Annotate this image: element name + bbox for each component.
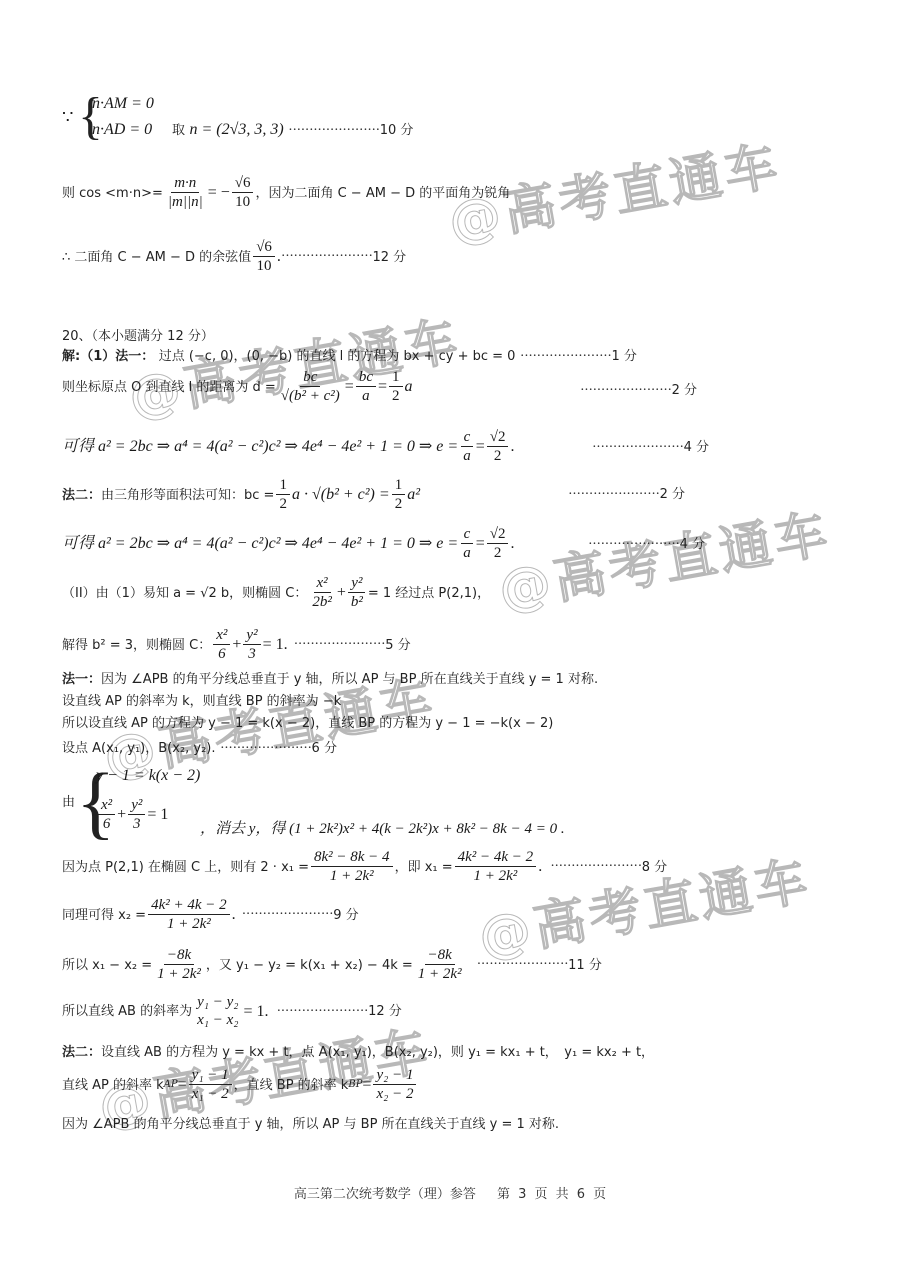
q20-system-eq1: y − 1 = k(x − 2)	[96, 768, 200, 784]
score-10: 10 分	[380, 123, 414, 138]
score-12: 12 分	[373, 251, 407, 264]
q20-system-prefix: 由	[62, 796, 75, 809]
q20-p-on-c: 因为点 P(2,1) 在椭圆 C 上，则有 2 · x₁ = 8k² − 8k …	[62, 850, 667, 884]
score-2b: ······················2 分	[568, 487, 685, 502]
q20-method1: 解:（1）法一： 过点 (−c, 0)，(0, −b) 的直线 l 的方程为 b…	[62, 349, 637, 364]
q20-x2: 同理可得 x₂ = 4k² + 4k − 21 + 2k² . ········…	[62, 898, 359, 932]
q20-solve-ellipse: 解得 b² = 3，则椭圆 C： x²6 + y²3 = 1. ········…	[62, 628, 411, 662]
q20-header: 20、（本小题满分 12 分）	[62, 330, 214, 343]
q20-m2-line3: 因为 ∠APB 的角平分线总垂直于 y 轴，所以 AP 与 BP 所在直线关于直…	[62, 1118, 559, 1131]
score-2a: ······················2 分	[580, 383, 697, 398]
q20-m2-line1: 法二：设直线 AB 的方程为 y = kx + t，点 A(x₁, y₁)，B(…	[62, 1045, 654, 1059]
q20-m1-line1: 法一：因为 ∠APB 的角平分线总垂直于 y 轴，所以 AP 与 BP 所在直线…	[62, 672, 598, 686]
q20-distance: 则坐标原点 O 到直线 l 的距离为 d = bc√(b² + c²) = bc…	[62, 370, 413, 404]
score-4a: ······················4 分	[592, 440, 709, 455]
q20-m1-line4: 设点 A(x₁, y₁)，B(x₂, y₂). ················…	[62, 741, 337, 756]
q19-cos-line: 则 cos <m·n>= m·n|m||n| = − √610 ，因为二面角 C…	[62, 176, 510, 210]
q20-method2: 法二： 由三角形等面积法可知：bc = 12 a · √(b² + c²) = …	[62, 478, 420, 512]
q19-take-n: 取 n = (2√3, 3, 3) ······················…	[172, 122, 413, 138]
because-symbol: ∵	[62, 108, 73, 126]
q20-slope: 所以直线 AB 的斜率为 y₁ − y₂x₁ − x₂ = 1. ·······…	[62, 995, 402, 1028]
q20-system-eq2: x²6 + y²3 = 1	[96, 798, 168, 832]
q20-system-result: ，消去 y，得 (1 + 2k²)x² + 4(k − 2k²)x + 8k² …	[200, 822, 565, 837]
score-4b: ······················4 分	[588, 537, 705, 552]
q20-m1-line3: 所以设直线 AP 的方程为 y − 1 = k(x − 2)，直线 BP 的方程…	[62, 717, 553, 730]
q20-part2-intro: （II）由（1）易知 a = √2 b，则椭圆 C： x²2b² + y²b² …	[62, 576, 490, 610]
q19-system-eq1: n·AM = 0	[92, 96, 154, 112]
watermark: @高考直通车	[492, 491, 836, 623]
q20-derive-2: 可得 a² = 2bc ⇒ a⁴ = 4(a² − c²)c² ⇒ 4e⁴ − …	[62, 527, 514, 561]
q19-conclusion: ∴ 二面角 C − AM − D 的余弦值 √610 . ···········…	[62, 240, 406, 274]
q20-m1-line2: 设直线 AP 的斜率为 k，则直线 BP 的斜率为 −k	[62, 695, 341, 708]
q19-system-eq2: n·AD = 0	[92, 122, 152, 138]
page-footer: 高三第二次统考数学（理）参答 第 3 页 共 6 页	[0, 1183, 900, 1202]
q20-derive-1: 可得 a² = 2bc ⇒ a⁴ = 4(a² − c²)c² ⇒ 4e⁴ − …	[62, 430, 514, 464]
q20-m2-slopes: 直线 AP 的斜率 kAP = y₁ − 1x₁ − 2 ，直线 BP 的斜率 …	[62, 1068, 418, 1102]
q20-diff: 所以 x₁ − x₂ = −8k1 + 2k² ，又 y₁ − y₂ = k(x…	[62, 948, 602, 982]
answer-key-page: @高考直通车 @高考直通车 @高考直通车 @高考直通车 @高考直通车 @高考直通…	[0, 0, 900, 1272]
